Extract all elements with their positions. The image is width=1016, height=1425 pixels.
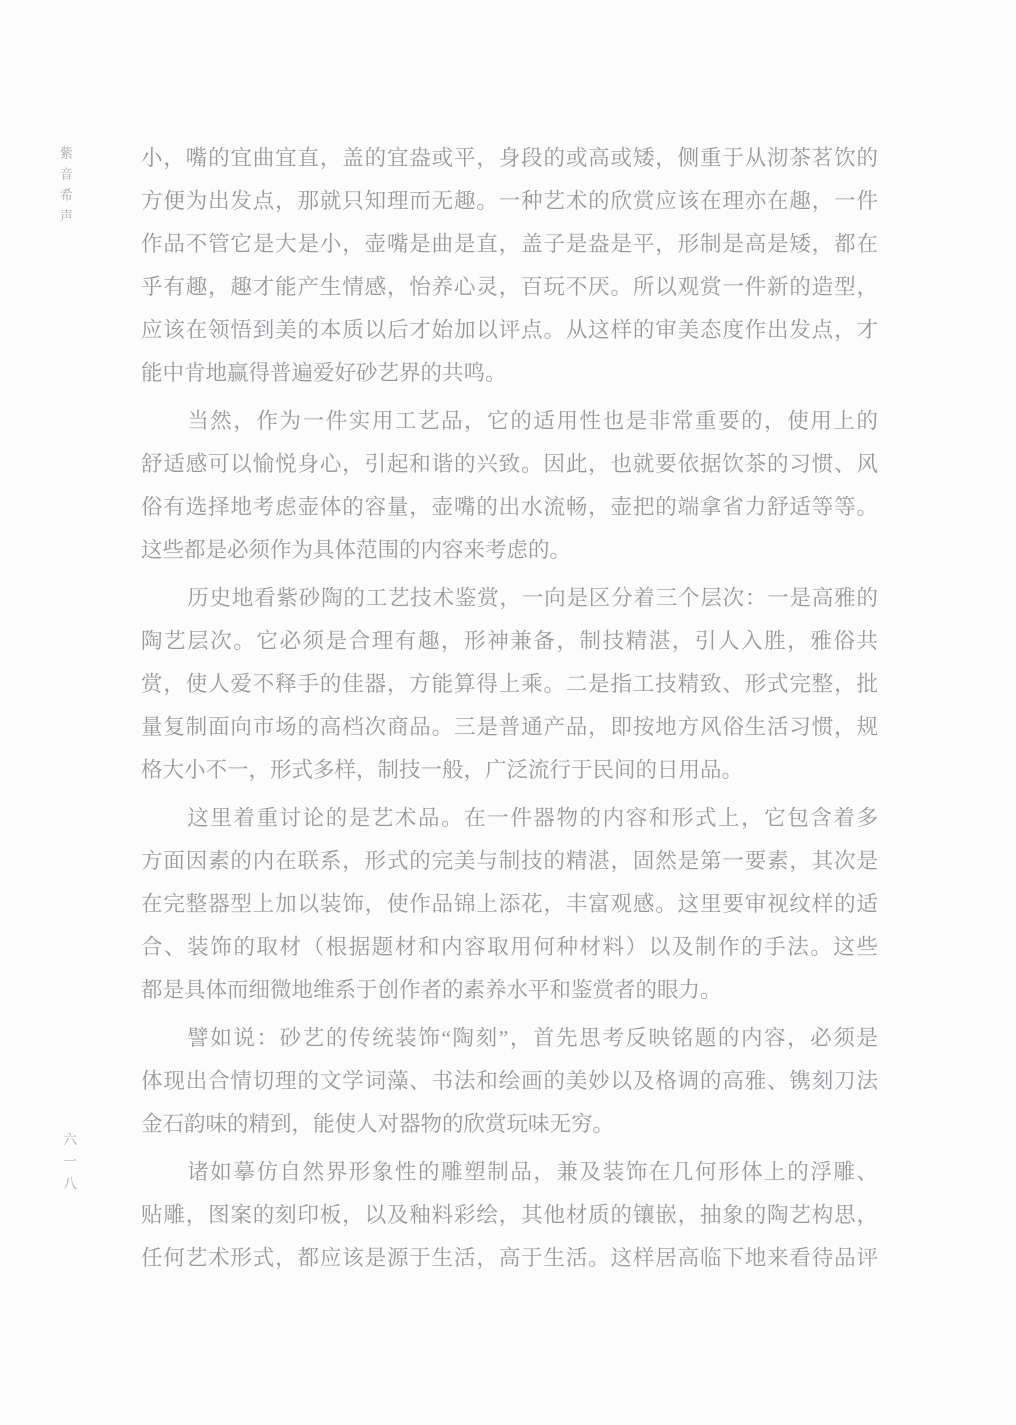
paragraph: 譬如说：砂艺的传统装饰“陶刻”，首先思考反映铭题的内容，必须是体现出合情切理的文… xyxy=(141,1017,878,1146)
text-line: 格大小不一，形式多样，制技一般，广泛流行于民间的日用品。 xyxy=(141,749,878,792)
paragraph: 当然，作为一件实用工艺品，它的适用性也是非常重要的，使用上的舒适感可以愉悦身心，… xyxy=(141,400,878,572)
text-line: 这里着重讨论的是艺术品。在一件器物的内容和形式上，它包含着多 xyxy=(141,797,878,840)
text-line: 量复制面向市场的高档次商品。三是普通产品，即按地方风俗生活习惯，规 xyxy=(141,706,878,749)
text-line: 作品不管它是大是小，壶嘴是曲是直，盖子是盎是平，形制是高是矮，都在 xyxy=(141,223,878,266)
text-line: 方便为出发点，那就只知理而无趣。一种艺术的欣赏应该在理亦在趣，一件 xyxy=(141,180,878,223)
paragraph: 这里着重讨论的是艺术品。在一件器物的内容和形式上，它包含着多方面因素的内在联系，… xyxy=(141,797,878,1012)
text-line: 陶艺层次。它必须是合理有趣，形神兼备，制技精湛，引人入胜，雅俗共 xyxy=(141,620,878,663)
text-line: 小，嘴的宜曲宜直，盖的宜盎或平，身段的或高或矮，侧重于从沏茶茗饮的 xyxy=(141,137,878,180)
side-book-title: 紫音希声 xyxy=(56,146,75,230)
text-line: 合、装饰的取材（根据题材和内容取用何种材料）以及制作的手法。这些 xyxy=(141,926,878,969)
text-line: 俗有选择地考虑壶体的容量，壶嘴的出水流畅，壶把的端拿省力舒适等等。 xyxy=(141,486,878,529)
text-line: 应该在领悟到美的本质以后才始加以评点。从这样的审美态度作出发点，才 xyxy=(141,309,878,352)
paragraph: 历史地看紫砂陶的工艺技术鉴赏，一向是区分着三个层次：一是高雅的陶艺层次。它必须是… xyxy=(141,577,878,792)
text-line: 诸如摹仿自然界形象性的雕塑制品，兼及装饰在几何形体上的浮雕、 xyxy=(141,1151,878,1194)
text-block: 小，嘴的宜曲宜直，盖的宜盎或平，身段的或高或矮，侧重于从沏茶茗饮的方便为出发点，… xyxy=(141,137,878,1280)
text-line: 乎有趣，趣才能产生情感，怡养心灵，百玩不厌。所以观赏一件新的造型， xyxy=(141,266,878,309)
text-line: 任何艺术形式，都应该是源于生活，高于生活。这样居高临下地来看待品评 xyxy=(141,1237,878,1280)
text-line: 贴雕，图案的刻印板，以及釉料彩绘，其他材质的镶嵌，抽象的陶艺构思， xyxy=(141,1194,878,1237)
paragraph: 诸如摹仿自然界形象性的雕塑制品，兼及装饰在几何形体上的浮雕、贴雕，图案的刻印板，… xyxy=(141,1151,878,1280)
text-line: 当然，作为一件实用工艺品，它的适用性也是非常重要的，使用上的 xyxy=(141,400,878,443)
text-line: 这些都是必须作为具体范围的内容来考虑的。 xyxy=(141,529,878,572)
text-line: 方面因素的内在联系，形式的完美与制技的精湛，固然是第一要素，其次是 xyxy=(141,840,878,883)
text-line: 能中肯地赢得普遍爱好砂艺界的共鸣。 xyxy=(141,352,878,395)
page-number: 六一八 xyxy=(58,1132,78,1198)
text-line: 金石韵味的精到，能使人对器物的欣赏玩味无穷。 xyxy=(141,1103,878,1146)
text-line: 体现出合情切理的文学词藻、书法和绘画的美妙以及格调的高雅、镌刻刀法 xyxy=(141,1060,878,1103)
text-line: 在完整器型上加以装饰，使作品锦上添花，丰富观感。这里要审视纹样的适 xyxy=(141,883,878,926)
paragraph: 小，嘴的宜曲宜直，盖的宜盎或平，身段的或高或矮，侧重于从沏茶茗饮的方便为出发点，… xyxy=(141,137,878,395)
text-line: 譬如说：砂艺的传统装饰“陶刻”，首先思考反映铭题的内容，必须是 xyxy=(141,1017,878,1060)
text-line: 赏，使人爱不释手的佳器，方能算得上乘。二是指工技精致、形式完整，批 xyxy=(141,663,878,706)
text-line: 都是具体而细微地维系于创作者的素养水平和鉴赏者的眼力。 xyxy=(141,969,878,1012)
text-line: 舒适感可以愉悦身心，引起和谐的兴致。因此，也就要依据饮茶的习惯、风 xyxy=(141,443,878,486)
text-line: 历史地看紫砂陶的工艺技术鉴赏，一向是区分着三个层次：一是高雅的 xyxy=(141,577,878,620)
book-page: 紫音希声 六一八 小，嘴的宜曲宜直，盖的宜盎或平，身段的或高或矮，侧重于从沏茶茗… xyxy=(0,0,1016,1425)
